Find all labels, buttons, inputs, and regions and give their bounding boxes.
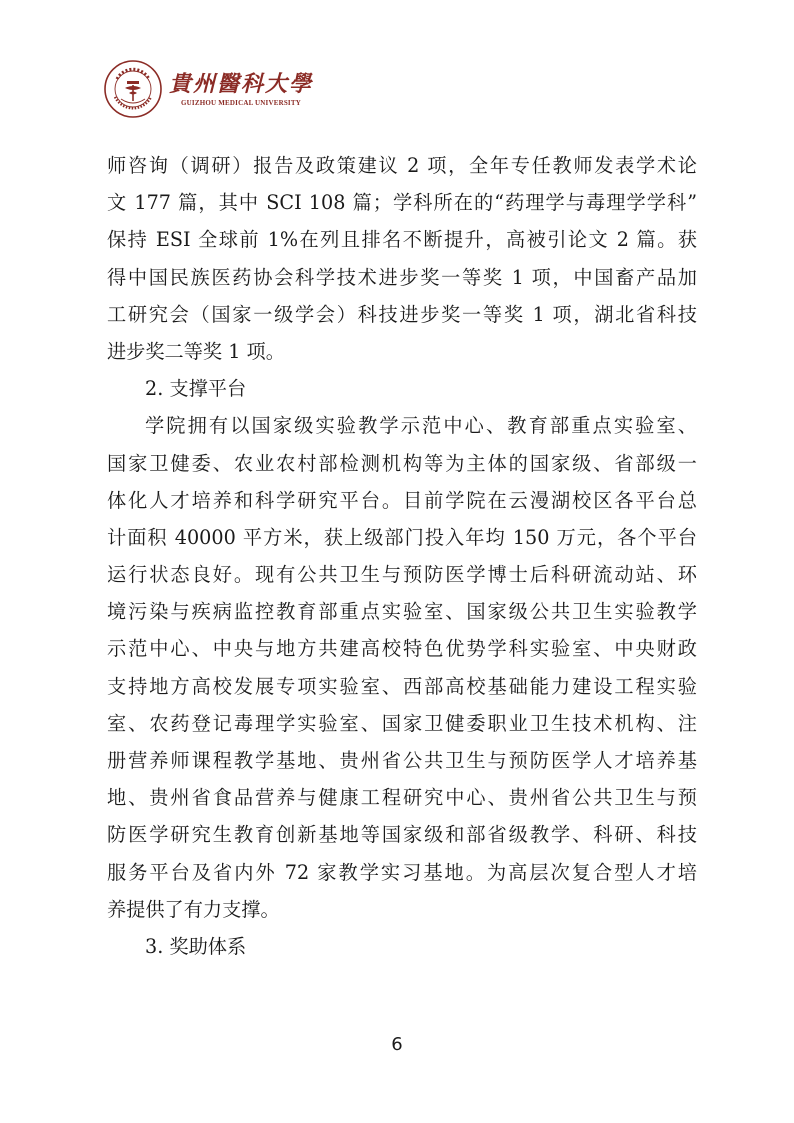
section-heading-financial-aid: 3. 奖助体系 xyxy=(107,928,697,965)
text-line: 示范中心、中央与地方共建高校特色优势学科实验室、中央财政 xyxy=(107,630,697,667)
text-line: 工研究会（国家一级学会）科技进步奖一等奖 1 项，湖北省科技 xyxy=(107,296,697,333)
paragraph-research-output: 师咨询（调研）报告及政策建议 2 项，全年专任教师发表学术论 文 177 篇，其… xyxy=(107,147,697,370)
document-body: 师咨询（调研）报告及政策建议 2 项，全年专任教师发表学术论 文 177 篇，其… xyxy=(107,147,697,965)
paragraph-platforms: 学院拥有以国家级实验教学示范中心、教育部重点实验室、 国家卫健委、农业农村部检测… xyxy=(107,407,697,928)
text-line: 文 177 篇，其中 SCI 108 篇；学科所在的“药理学与毒理学学科” xyxy=(107,184,697,221)
seal-icon xyxy=(103,59,163,119)
text-line: 国家卫健委、农业农村部检测机构等为主体的国家级、省部级一 xyxy=(107,445,697,482)
text-line: 室、农药登记毒理学实验室、国家卫健委职业卫生技术机构、注 xyxy=(107,705,697,742)
text-line: 体化人才培养和科学研究平台。目前学院在云漫湖校区各平台总 xyxy=(107,482,697,519)
text-line: 学院拥有以国家级实验教学示范中心、教育部重点实验室、 xyxy=(107,407,697,444)
text-line: 册营养师课程教学基地、贵州省公共卫生与预防医学人才培养基 xyxy=(107,742,697,779)
section-heading-support-platform: 2. 支撑平台 xyxy=(107,370,697,407)
university-name: 貴州醫科大學 GUIZHOU MEDICAL UNIVERSITY xyxy=(169,71,313,107)
text-line: 支持地方高校发展专项实验室、西部高校基础能力建设工程实验 xyxy=(107,668,697,705)
text-line: 防医学研究生教育创新基地等国家级和部省级教学、科研、科技 xyxy=(107,816,697,853)
document-page: 貴州醫科大學 GUIZHOU MEDICAL UNIVERSITY 师咨询（调研… xyxy=(0,0,794,1123)
university-name-en: GUIZHOU MEDICAL UNIVERSITY xyxy=(181,99,301,107)
text-line: 服务平台及省内外 72 家教学实习基地。为高层次复合型人才培 xyxy=(107,854,697,891)
text-line: 计面积 40000 平方米，获上级部门投入年均 150 万元，各个平台 xyxy=(107,519,697,556)
text-line: 保持 ESI 全球前 1%在列且排名不断提升，高被引论文 2 篇。获 xyxy=(107,221,697,258)
text-line: 运行状态良好。现有公共卫生与预防医学博士后科研流动站、环 xyxy=(107,556,697,593)
text-line: 地、贵州省食品营养与健康工程研究中心、贵州省公共卫生与预 xyxy=(107,779,697,816)
text-line: 养提供了有力支撑。 xyxy=(107,891,697,928)
university-header: 貴州醫科大學 GUIZHOU MEDICAL UNIVERSITY xyxy=(103,60,313,118)
university-name-cn: 貴州醫科大學 xyxy=(169,71,313,97)
text-line: 师咨询（调研）报告及政策建议 2 项，全年专任教师发表学术论 xyxy=(107,147,697,184)
university-seal-logo xyxy=(103,59,163,119)
text-line: 境污染与疾病监控教育部重点实验室、国家级公共卫生实验教学 xyxy=(107,593,697,630)
text-line: 得中国民族医药协会科学技术进步奖一等奖 1 项，中国畜产品加 xyxy=(107,259,697,296)
page-number: 6 xyxy=(0,1034,794,1055)
text-line: 进步奖二等奖 1 项。 xyxy=(107,333,697,370)
